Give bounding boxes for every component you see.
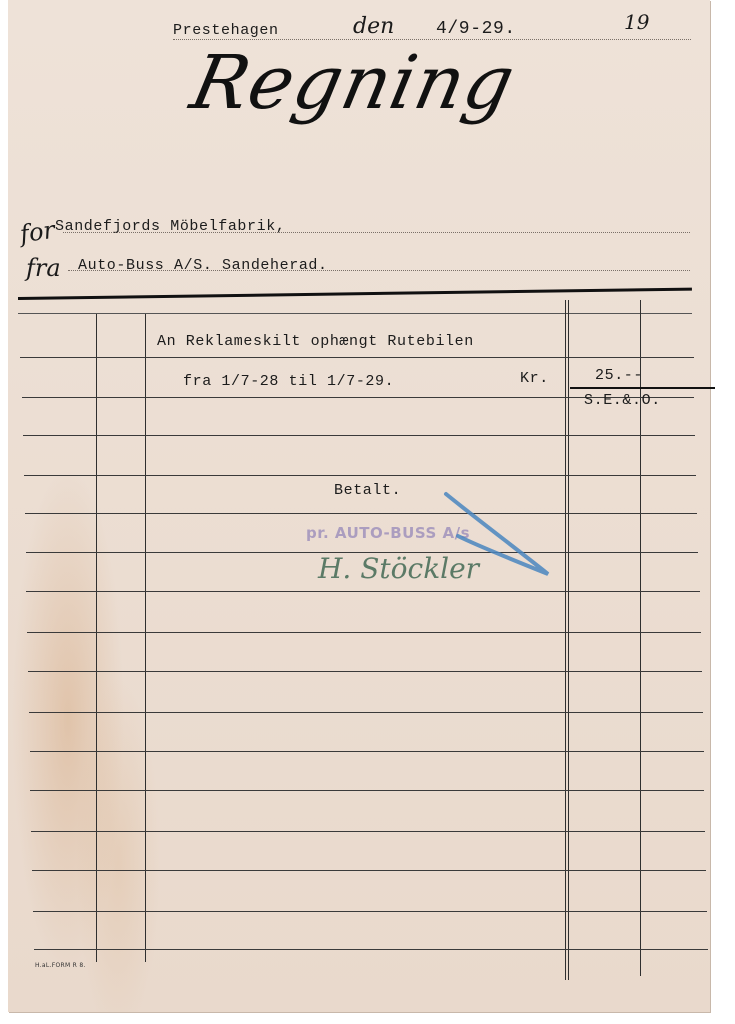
row-line bbox=[31, 831, 705, 832]
column-line-3a bbox=[565, 300, 566, 980]
invoice-paper: Prestehagen den 4/9-29. 19 Regning for S… bbox=[8, 0, 710, 1012]
row-line bbox=[33, 911, 707, 912]
date-prefix: den bbox=[353, 14, 394, 39]
row-line bbox=[20, 357, 694, 358]
paid-status: Betalt. bbox=[334, 482, 401, 499]
signature: H. Stöckler bbox=[318, 552, 479, 585]
column-line-2 bbox=[145, 314, 146, 962]
row-line bbox=[34, 949, 708, 950]
row-line bbox=[24, 475, 696, 476]
table-top-rule bbox=[18, 288, 692, 300]
row-line bbox=[28, 671, 702, 672]
line-item-description-2: fra 1/7-28 til 1/7-29. bbox=[183, 373, 394, 390]
from-label: fra bbox=[26, 254, 61, 282]
form-code: H.aL.FORM R 8. bbox=[35, 962, 86, 969]
row-line bbox=[26, 591, 700, 592]
row-line bbox=[27, 632, 701, 633]
row-line bbox=[29, 712, 703, 713]
invoice-date: 4/9-29. bbox=[436, 19, 516, 39]
sender-name: Auto-Buss A/S. Sandeherad. bbox=[78, 257, 328, 274]
errors-excepted-note: S.E.&.O. bbox=[584, 392, 661, 409]
column-line-3b bbox=[568, 300, 569, 980]
column-line-1 bbox=[96, 314, 97, 962]
invoice-title: Regning bbox=[184, 40, 523, 126]
line-item-amount: 25.-- bbox=[595, 367, 643, 384]
recipient-dotted-line bbox=[63, 232, 690, 233]
row-line bbox=[30, 790, 704, 791]
line-item-currency: Kr. bbox=[520, 370, 549, 387]
row-line bbox=[30, 751, 704, 752]
row-line bbox=[23, 435, 695, 436]
row-line bbox=[25, 513, 697, 514]
year-prefix: 19 bbox=[624, 10, 649, 34]
line-item-description-1: An Reklameskilt ophængt Rutebilen bbox=[157, 333, 474, 350]
amount-total-rule bbox=[570, 387, 715, 389]
table-top-rule-thin bbox=[18, 313, 692, 314]
sender-dotted-line bbox=[68, 270, 690, 271]
row-line bbox=[32, 870, 706, 871]
place-name: Prestehagen bbox=[173, 22, 279, 39]
for-label: for bbox=[18, 216, 56, 249]
